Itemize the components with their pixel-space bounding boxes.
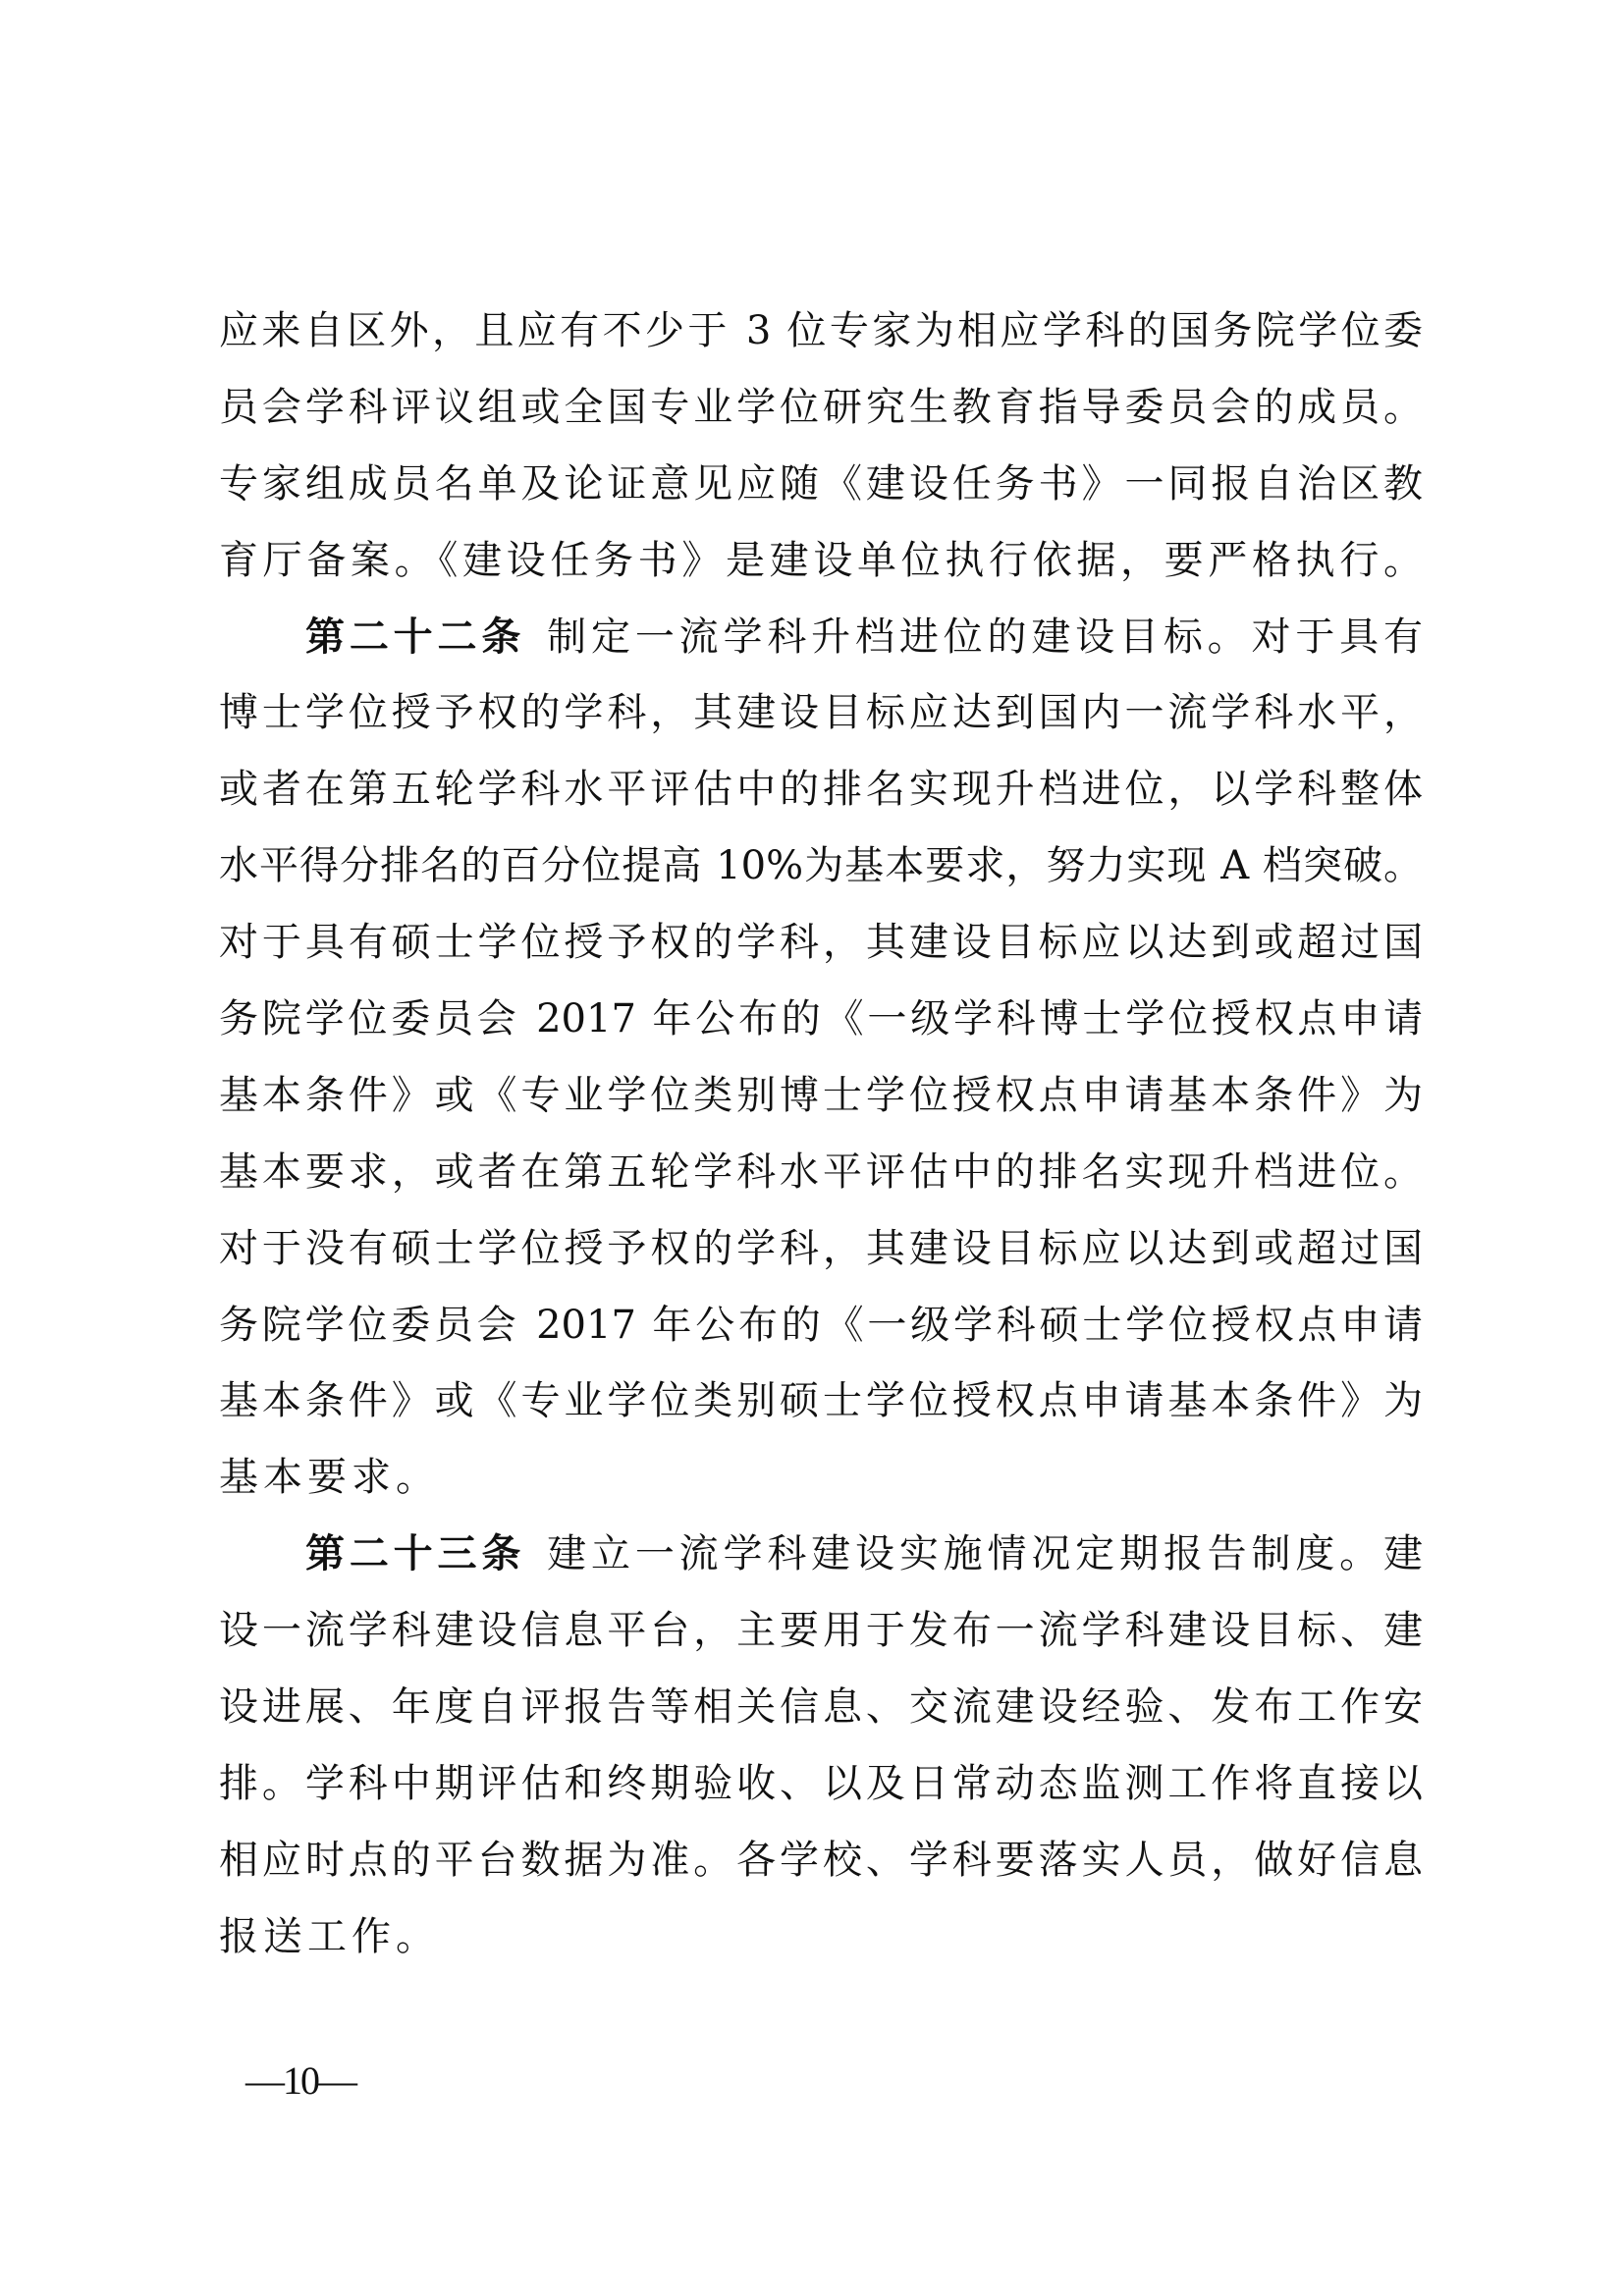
body-text: 应来自区外，且应有不少于 3 位专家为相应学科的国务院学位委 员会学科评议组或全… [219, 300, 1423, 1983]
text-line: 务院学位委员会 2017 年公布的《一级学科博士学位授权点申请 [219, 988, 1423, 1065]
document-page: 应来自区外，且应有不少于 3 位专家为相应学科的国务院学位委 员会学科评议组或全… [0, 0, 1624, 2296]
text-line: 排。学科中期评估和终期验收、以及日常动态监测工作将直接以 [219, 1753, 1423, 1830]
text-line: 基本条件》或《专业学位类别硕士学位授权点申请基本条件》为 [219, 1370, 1423, 1447]
text-line: 相应时点的平台数据为准。各学校、学科要落实人员，做好信息 [219, 1830, 1423, 1906]
text-line: 设进展、年度自评报告等相关信息、交流建设经验、发布工作安 [219, 1677, 1423, 1753]
text-line: 基本条件》或《专业学位类别博士学位授权点申请基本条件》为 [219, 1065, 1423, 1142]
article-23-line: 第二十三条建立一流学科建设实施情况定期报告制度。建 [219, 1523, 1423, 1600]
text-line: 或者在第五轮学科水平评估中的排名实现升档进位，以学科整体 [219, 759, 1423, 835]
article-22-line: 第二十二条制定一流学科升档进位的建设目标。对于具有 [219, 607, 1423, 683]
text-line: 基本要求，或者在第五轮学科水平评估中的排名实现升档进位。 [219, 1142, 1423, 1218]
text-line: 育厅备案。《建设任务书》是建设单位执行依据，要严格执行。 [219, 530, 1423, 607]
article-22-text: 制定一流学科升档进位的建设目标。对于具有 [547, 614, 1423, 660]
page-number: —10— [245, 2057, 355, 2104]
text-line: 水平得分排名的百分位提高 10%为基本要求，努力实现 A 档突破。 [219, 835, 1423, 912]
text-line: 员会学科评议组或全国专业学位研究生教育指导委员会的成员。 [219, 377, 1423, 454]
text-line: 应来自区外，且应有不少于 3 位专家为相应学科的国务院学位委 [219, 300, 1423, 377]
article-23-text: 建立一流学科建设实施情况定期报告制度。建 [547, 1531, 1423, 1576]
text-line: 设一流学科建设信息平台，主要用于发布一流学科建设目标、建 [219, 1600, 1423, 1677]
article-22-heading: 第二十二条 [305, 614, 525, 660]
text-line: 务院学位委员会 2017 年公布的《一级学科硕士学位授权点申请 [219, 1295, 1423, 1371]
text-line: 对于具有硕士学位授予权的学科，其建设目标应以达到或超过国 [219, 912, 1423, 988]
text-line: 报送工作。 [219, 1906, 1423, 1983]
article-23-heading: 第二十三条 [305, 1531, 525, 1576]
text-line: 对于没有硕士学位授予权的学科，其建设目标应以达到或超过国 [219, 1218, 1423, 1295]
text-line: 基本要求。 [219, 1447, 1423, 1523]
text-line: 专家组成员名单及论证意见应随《建设任务书》一同报自治区教 [219, 454, 1423, 530]
text-line: 博士学位授予权的学科，其建设目标应达到国内一流学科水平， [219, 682, 1423, 759]
